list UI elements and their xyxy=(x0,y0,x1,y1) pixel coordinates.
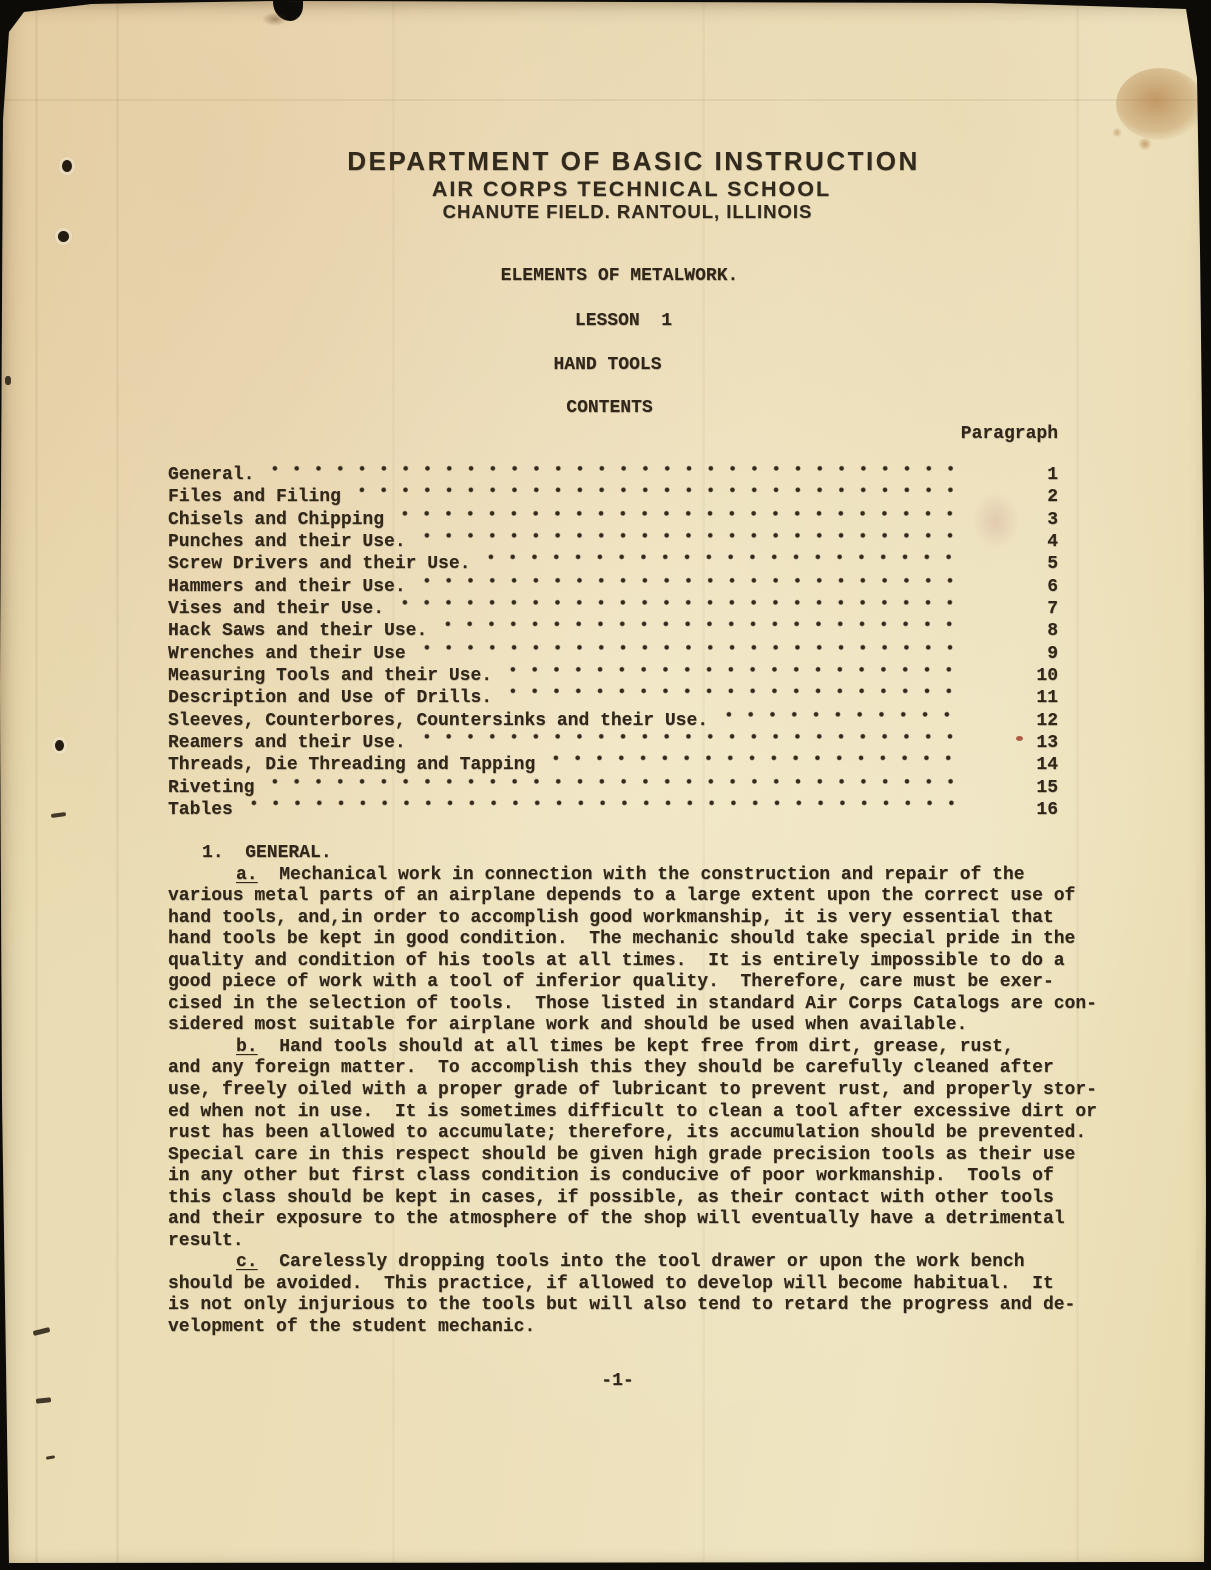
notch-smudge xyxy=(262,12,288,26)
paragraph-line: hand tools be kept in good condition. Th… xyxy=(168,929,1128,951)
crease-line xyxy=(0,99,1211,101)
toc-row: Tables16 xyxy=(168,799,1058,821)
toc-paragraph-number: 9 xyxy=(968,643,1058,665)
crease-line xyxy=(116,0,119,1570)
paragraph-line: rust has been allowed to accumulate; the… xyxy=(168,1123,1128,1145)
toc-paragraph-number: 15 xyxy=(968,777,1058,799)
dot-leader xyxy=(412,643,960,665)
ink-mark xyxy=(51,812,66,818)
paragraph-lead-line: b. Hand tools should at all times be kep… xyxy=(168,1037,1128,1059)
toc-row: Wrenches and their Use9 xyxy=(168,643,1058,665)
stain-mark xyxy=(1138,138,1152,150)
dot-leader xyxy=(541,754,960,776)
paragraph-line: quality and condition of his tools at al… xyxy=(168,951,1128,973)
toc-title: Wrenches and their Use xyxy=(168,643,406,665)
location-line: CHANUTE FIELD. RANTOUL, ILLINOIS xyxy=(22,201,1211,223)
toc-paragraph-number: 8 xyxy=(968,620,1058,642)
paragraph-line: hand tools, and,in order to accomplish g… xyxy=(168,908,1128,930)
punch-hole xyxy=(62,160,72,172)
toc-paragraph-number: 12 xyxy=(968,710,1058,732)
punch-hole xyxy=(58,231,69,242)
stain-mark xyxy=(1116,68,1204,140)
red-dot-mark xyxy=(1016,736,1023,741)
toc-paragraph-number: 13 xyxy=(968,732,1058,754)
toc-paragraph-number: 14 xyxy=(968,754,1058,776)
dot-leader xyxy=(412,576,960,598)
paragraph-line: is not only injurious to the tools but w… xyxy=(168,1295,1128,1317)
school-title: AIR CORPS TECHNICAL SCHOOL xyxy=(26,177,1211,202)
toc-title: Reamers and their Use. xyxy=(168,732,406,754)
page-number: -1- xyxy=(12,1371,1211,1391)
dot-leader xyxy=(390,509,960,531)
dot-leader xyxy=(390,598,960,620)
toc-title: Sleeves, Counterbores, Countersinks and … xyxy=(168,710,708,732)
paragraph-lead-letter: b. xyxy=(236,1037,258,1057)
stain-mark xyxy=(1112,128,1122,137)
paragraph-lead-letter: a. xyxy=(236,865,258,885)
dot-leader xyxy=(347,486,960,508)
toc-title: Description and Use of Drills. xyxy=(168,687,492,709)
paragraph-line: use, freely oiled with a proper grade of… xyxy=(168,1080,1128,1102)
contents-list: General.1Files and Filing2Chisels and Ch… xyxy=(168,464,1058,822)
toc-row: Reamers and their Use.13 xyxy=(168,732,1058,754)
toc-row: General.1 xyxy=(168,464,1058,486)
toc-title: Punches and their Use. xyxy=(168,531,406,553)
toc-row: Vises and their Use.7 xyxy=(168,598,1058,620)
toc-row: Riveting15 xyxy=(168,777,1058,799)
dot-leader xyxy=(412,732,960,754)
edge-mark xyxy=(46,1455,55,1460)
paragraph-lead-line: a. Mechanical work in connection with th… xyxy=(168,865,1128,887)
toc-title: Hammers and their Use. xyxy=(168,576,406,598)
dot-leader xyxy=(498,665,960,687)
body-text: 1. GENERAL. a. Mechanical work in connec… xyxy=(168,843,1128,1339)
document-title: ELEMENTS OF METALWORK. xyxy=(14,266,1211,286)
staple-mark xyxy=(36,1397,51,1404)
dot-leader xyxy=(433,620,960,642)
dot-leader xyxy=(412,531,960,553)
staple-mark xyxy=(33,1327,51,1336)
dot-leader xyxy=(260,777,960,799)
punch-hole xyxy=(55,740,64,751)
paragraph-line: sidered most suitable for airplane work … xyxy=(168,1015,1128,1037)
paragraph-line: various metal parts of an airplane depen… xyxy=(168,886,1128,908)
toc-title: General. xyxy=(168,464,254,486)
paragraph-line: and their exposure to the atmosphere of … xyxy=(168,1209,1128,1231)
toc-paragraph-number: 10 xyxy=(968,665,1058,687)
toc-title: Hack Saws and their Use. xyxy=(168,620,427,642)
toc-row: Description and Use of Drills.11 xyxy=(168,687,1058,709)
toc-title: Vises and their Use. xyxy=(168,598,384,620)
section-heading: 1. GENERAL. xyxy=(168,843,1128,865)
contents-heading: CONTENTS xyxy=(4,398,1211,418)
paper-sheet: DEPARTMENT OF BASIC INSTRUCTION AIR CORP… xyxy=(0,0,1211,1570)
toc-row: Screw Drivers and their Use.5 xyxy=(168,553,1058,575)
toc-row: Sleeves, Counterbores, Countersinks and … xyxy=(168,710,1058,732)
lesson-title: LESSON 1 xyxy=(18,311,1211,331)
paragraph-line: and any foreign matter. To accomplish th… xyxy=(168,1058,1128,1080)
paragraph-line: good piece of work with a tool of inferi… xyxy=(168,972,1128,994)
department-title: DEPARTMENT OF BASIC INSTRUCTION xyxy=(28,146,1211,177)
paragraph-line: should be avoided. This practice, if all… xyxy=(168,1274,1128,1296)
toc-title: Screw Drivers and their Use. xyxy=(168,553,470,575)
edge-mark xyxy=(5,376,11,385)
stain-mark xyxy=(972,492,1020,550)
toc-paragraph-number: 7 xyxy=(968,598,1058,620)
toc-paragraph-number: 6 xyxy=(968,576,1058,598)
toc-row: Chisels and Chipping3 xyxy=(168,509,1058,531)
subject-title: HAND TOOLS xyxy=(2,355,1211,375)
toc-row: Hack Saws and their Use.8 xyxy=(168,620,1058,642)
toc-title: Measuring Tools and their Use. xyxy=(168,665,492,687)
paragraph-line: ed when not in use. It is sometimes diff… xyxy=(168,1102,1128,1124)
toc-title: Chisels and Chipping xyxy=(168,509,384,531)
toc-row: Hammers and their Use.6 xyxy=(168,576,1058,598)
toc-paragraph-number: 16 xyxy=(968,799,1058,821)
dot-leader xyxy=(498,687,960,709)
dot-leader xyxy=(476,553,960,575)
toc-title: Files and Filing xyxy=(168,486,341,508)
paragraph-line: result. xyxy=(168,1231,1128,1253)
paragraph-lead-line: c. Carelessly dropping tools into the to… xyxy=(168,1252,1128,1274)
dot-leader xyxy=(260,464,960,486)
paragraph-line: cised in the selection of tools. Those l… xyxy=(168,994,1128,1016)
toc-paragraph-number: 11 xyxy=(968,687,1058,709)
paragraph-column-label: Paragraph xyxy=(961,424,1058,444)
toc-row: Threads, Die Threading and Tapping14 xyxy=(168,754,1058,776)
toc-row: Files and Filing2 xyxy=(168,486,1058,508)
dot-leader xyxy=(239,799,960,821)
paragraphs-container: a. Mechanical work in connection with th… xyxy=(168,865,1128,1339)
toc-paragraph-number: 5 xyxy=(968,553,1058,575)
paragraph-line: Special care in this respect should be g… xyxy=(168,1145,1128,1167)
toc-title: Riveting xyxy=(168,777,254,799)
toc-row: Punches and their Use.4 xyxy=(168,531,1058,553)
paragraph-lead-letter: c. xyxy=(236,1252,258,1272)
dot-leader xyxy=(714,710,960,732)
toc-title: Tables xyxy=(168,799,233,821)
paragraph-line: in any other but first class condition i… xyxy=(168,1166,1128,1188)
toc-row: Measuring Tools and their Use.10 xyxy=(168,665,1058,687)
toc-paragraph-number: 1 xyxy=(968,464,1058,486)
scanned-document-page: DEPARTMENT OF BASIC INSTRUCTION AIR CORP… xyxy=(0,0,1211,1570)
paragraph-line: velopment of the student mechanic. xyxy=(168,1317,1128,1339)
paragraph-line: this class should be kept in cases, if p… xyxy=(168,1188,1128,1210)
toc-title: Threads, Die Threading and Tapping xyxy=(168,754,535,776)
